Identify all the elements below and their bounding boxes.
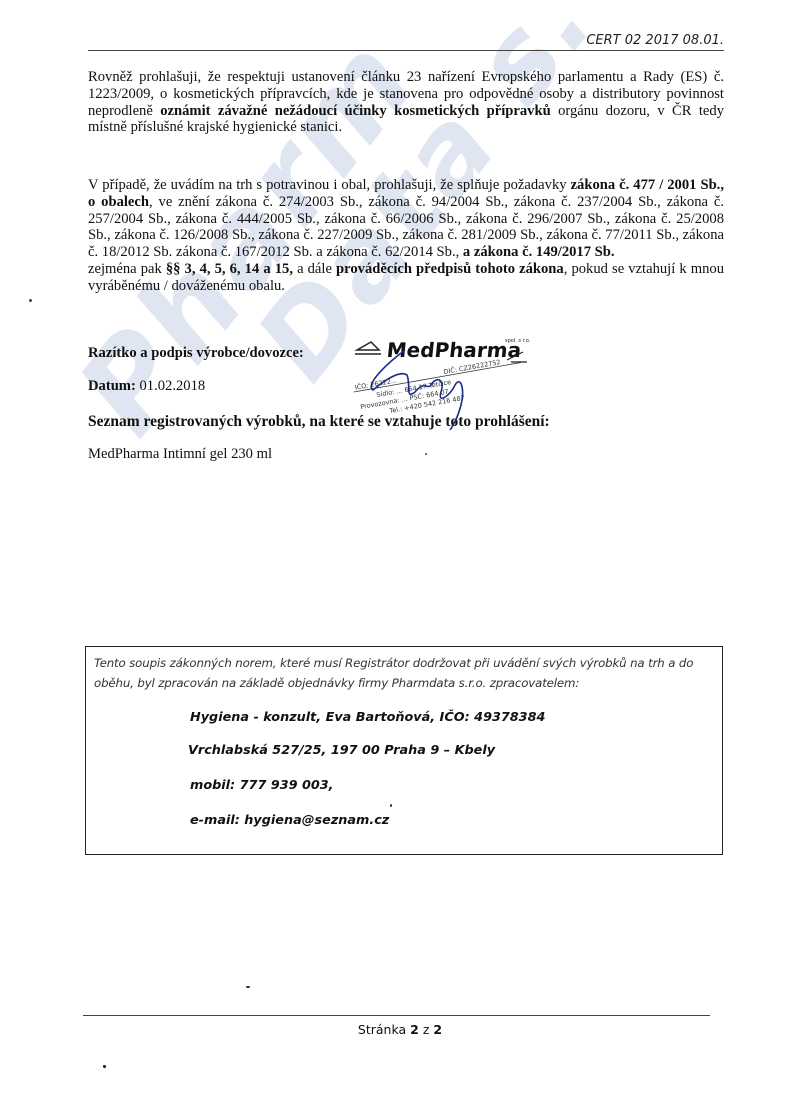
page-current: 2 — [410, 1022, 419, 1037]
paragraph-packaging-law: V případě, že uvádím na trh s potravinou… — [88, 177, 724, 295]
bold-text: oznámit závažné nežádoucí účinky kosmeti… — [160, 103, 550, 119]
document-code: CERT 02 2017 08.01. — [586, 33, 724, 48]
bold-text: a zákona č. 149/2017 Sb. — [463, 244, 615, 260]
svg-text:spol. s r.o.: spol. s r.o. — [505, 338, 531, 344]
processor-company: Hygiena - konzult, Eva Bartoňová, IČO: 4… — [190, 710, 545, 725]
document-page: Pharm Data s. r. o. CERT 02 2017 08.01. … — [0, 0, 800, 1100]
scan-speck — [246, 986, 250, 988]
bold-text: §§ 3, 4, 5, 6, 14 a 15, — [166, 261, 293, 277]
stamp-icon: MedPharma spol. s r.o. IČO: 26222... DIČ… — [352, 338, 531, 421]
stamp-signature-label: Razítko a podpis výrobce/dovozce: — [88, 345, 304, 362]
page-separator: z — [419, 1022, 434, 1037]
date-line: Datum: 01.02.2018 — [88, 378, 205, 395]
date-value: 01.02.2018 — [136, 378, 205, 394]
header-divider — [88, 50, 724, 51]
product-item: MedPharma Intimní gel 230 ml — [88, 446, 272, 463]
scan-speck — [103, 1065, 106, 1068]
processor-address: Vrchlabská 527/25, 197 00 Praha 9 – Kbel… — [188, 743, 495, 758]
svg-text:MedPharma: MedPharma — [386, 338, 523, 362]
footer-divider — [83, 1015, 710, 1016]
page-number: Stránka 2 z 2 — [0, 1022, 800, 1037]
bold-text: prováděcích předpisů tohoto zákona — [336, 261, 564, 277]
company-stamp-signature: MedPharma spol. s r.o. IČO: 26222... DIČ… — [345, 330, 545, 430]
text-span: zejména pak — [88, 261, 166, 277]
processor-info-box: Tento soupis zákonných norem, které musí… — [85, 646, 723, 855]
processor-email: e-mail: hygiena@seznam.cz — [190, 813, 389, 828]
scan-speck — [29, 299, 32, 302]
processor-mobile: mobil: 777 939 003, — [190, 778, 334, 793]
scan-speck — [390, 804, 392, 807]
text-span: , ve znění zákona č. 274/2003 Sb., zákon… — [88, 194, 724, 260]
date-label: Datum: — [88, 378, 136, 394]
info-box-intro: Tento soupis zákonných norem, které musí… — [94, 653, 714, 693]
page-total: 2 — [433, 1022, 442, 1037]
text-span: V případě, že uvádím na trh s potravinou… — [88, 177, 571, 193]
scan-speck — [425, 453, 427, 455]
text-span: a dále — [293, 261, 336, 277]
page-prefix: Stránka — [358, 1022, 410, 1037]
paragraph-cosmetics-regulation: Rovněž prohlašuji, že respektuji ustanov… — [88, 69, 724, 136]
